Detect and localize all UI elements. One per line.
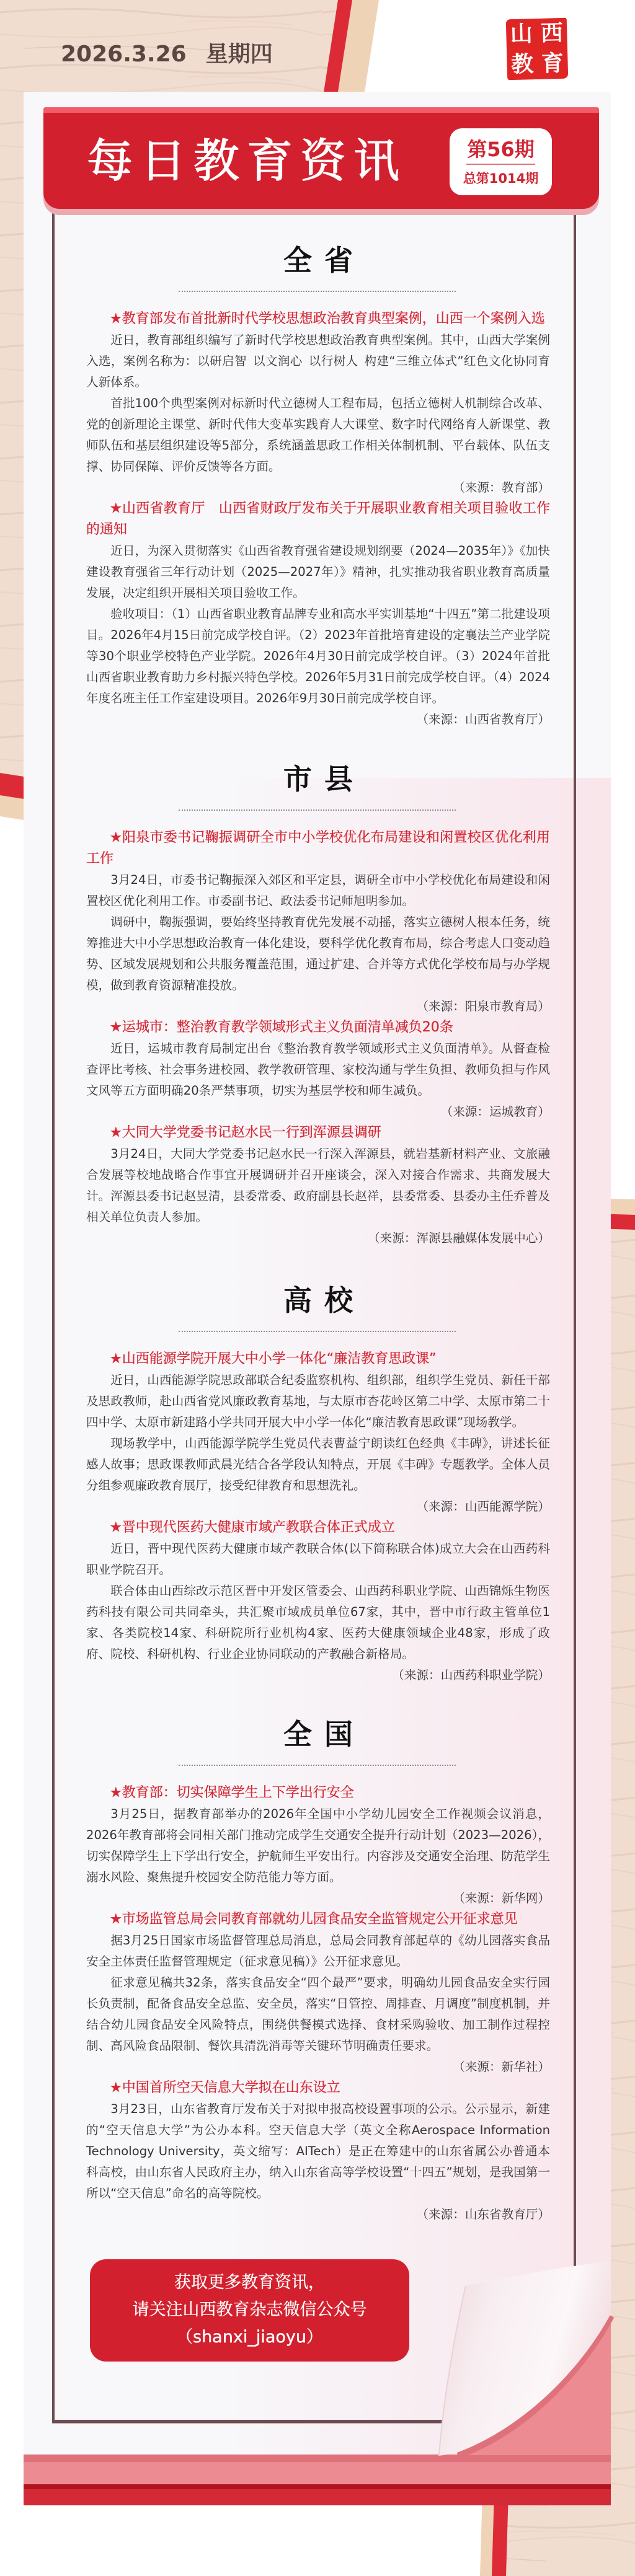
article-title-text: 山西省教育厅 山西省财政厅发布关于开展职业教育相关项目验收工作的通知 bbox=[86, 501, 550, 537]
masthead-banner: 每日教育资讯 第56期 总第1014期 bbox=[43, 107, 599, 209]
dotted-divider bbox=[179, 809, 456, 811]
masthead-title: 每日教育资讯 bbox=[87, 138, 407, 184]
cta-line: 获取更多教育资讯， bbox=[90, 2269, 409, 2296]
section-heading: 市县 bbox=[86, 764, 550, 795]
article-source: （来源：山西药科职业学院） bbox=[86, 1665, 550, 1686]
article-title: ★阳泉市委书记鞠振调研全市中小学校优化布局建设和闲置校区优化利用工作 bbox=[86, 827, 550, 870]
article: ★市场监管总局会同教育部就幼儿园食品安全监管规定公开征求意见 据3月25日国家市… bbox=[86, 1909, 550, 2078]
article-paragraph: 联合体由山西综改示范区晋中开发区管委会、山西药科职业学院、山西锦烁生物医药科技有… bbox=[86, 1581, 550, 1665]
article: ★教育部：切实保障学生上下学出行安全 3月25日，据教育部举办的2026年全国中… bbox=[86, 1783, 550, 1909]
issue-date: 2026.3.26星期四 bbox=[61, 43, 273, 66]
dotted-divider bbox=[179, 1331, 456, 1332]
article: ★运城市：整治教育教学领域形式主义负面清单减负20条 近日，运城市教育局制定出台… bbox=[86, 1017, 550, 1123]
article-title-text: 运城市：整治教育教学领域形式主义负面清单减负20条 bbox=[122, 1020, 453, 1035]
masthead-highlight-strip bbox=[43, 107, 599, 113]
article-paragraph: 近日，为深入贯彻落实《山西省教育强省建设规划纲要（2024—2035年）》《加快… bbox=[86, 540, 550, 604]
article-title-text: 教育部发布首批新时代学校思想政治教育典型案例，山西一个案例入选 bbox=[122, 311, 545, 327]
section-province: 全省 ★教育部发布首批新时代学校思想政治教育典型案例，山西一个案例入选 近日，教… bbox=[86, 245, 550, 730]
article-list: ★教育部发布首批新时代学校思想政治教育典型案例，山西一个案例入选 近日，教育部组… bbox=[86, 309, 550, 730]
article-paragraph: 3月25日，据教育部举办的2026年全国中小学幼儿园安全工作视频会议消息，202… bbox=[86, 1804, 550, 1888]
article-paragraph: 近日，教育部组织编写了新时代学校思想政治教育典型案例。其中，山西大学案例入选，案… bbox=[86, 330, 550, 393]
article-title-text: 阳泉市委书记鞠振调研全市中小学校优化布局建设和闲置校区优化利用工作 bbox=[86, 830, 550, 867]
cta-line: （shanxi_jiaoyu） bbox=[90, 2324, 409, 2351]
article-title: ★教育部：切实保障学生上下学出行安全 bbox=[86, 1783, 550, 1804]
article-source: （来源：阳泉市教育局） bbox=[86, 996, 550, 1017]
article-source: （来源：新华社） bbox=[86, 2057, 550, 2078]
article-paragraph: 近日，晋中现代医药大健康市域产教联合体(以下简称联合体)成立大会在山西药科职业学… bbox=[86, 1538, 550, 1581]
section-heading: 全省 bbox=[86, 245, 550, 276]
article-title-text: 中国首所空天信息大学拟在山东设立 bbox=[122, 2080, 340, 2096]
star-bullet-icon: ★ bbox=[110, 830, 122, 845]
dotted-divider bbox=[179, 291, 456, 292]
article-source: （来源：山西省教育厅） bbox=[86, 709, 550, 730]
seal-char: 西 bbox=[536, 18, 567, 49]
cta-line: 请关注山西教育杂志微信公众号 bbox=[90, 2296, 409, 2324]
article-paragraph: 征求意见稿共32条，落实食品安全“四个最严”要求，明确幼儿园食品安全实行园长负责… bbox=[86, 1972, 550, 2057]
article: ★大同大学党委书记赵水民一行到浑源县调研 3月24日，大同大学党委书记赵水民一行… bbox=[86, 1123, 550, 1249]
article-paragraph: 首批100个典型案例对标新时代立德树人工程布局，包括立德树人机制综合改革、党的创… bbox=[86, 393, 550, 477]
article: ★山西能源学院开展大中小学一体化“廉洁教育思政课” 近日，山西能源学院思政部联合… bbox=[86, 1349, 550, 1517]
article-title: ★中国首所空天信息大学拟在山东设立 bbox=[86, 2078, 550, 2099]
article: ★山西省教育厅 山西省财政厅发布关于开展职业教育相关项目验收工作的通知 近日，为… bbox=[86, 498, 550, 730]
article-paragraph: 验收项目：（1）山西省职业教育品牌专业和高水平实训基地“十四五”第二批建设项目。… bbox=[86, 604, 550, 709]
total-issue-number: 总第1014期 bbox=[450, 170, 552, 187]
article: ★晋中现代医药大健康市域产教联合体正式成立 近日，晋中现代医药大健康市域产教联合… bbox=[86, 1517, 550, 1686]
star-bullet-icon: ★ bbox=[110, 1785, 122, 1801]
article: ★中国首所空天信息大学拟在山东设立 3月23日，山东省教育厅发布关于对拟申报高校… bbox=[86, 2078, 550, 2225]
article-source: （来源：浑源县融媒体发展中心） bbox=[86, 1228, 550, 1249]
dotted-divider bbox=[179, 1765, 456, 1766]
article-title: ★晋中现代医药大健康市域产教联合体正式成立 bbox=[86, 1517, 550, 1538]
star-bullet-icon: ★ bbox=[110, 1912, 122, 1927]
article-paragraph: 调研中，鞠振强调，要始终坚持教育优先发展不动摇，落实立德树人根本任务，统筹推进大… bbox=[86, 912, 550, 996]
article-title: ★运城市：整治教育教学领域形式主义负面清单减负20条 bbox=[86, 1017, 550, 1038]
article-paragraph: 3月24日，市委书记鞠振深入郊区和平定县，调研全市中小学校优化布局建设和闲置校区… bbox=[86, 870, 550, 912]
article-paragraph: 3月24日，大同大学党委书记赵水民一行深入浑源县，就岩基新材料产业、文旅融合发展… bbox=[86, 1144, 550, 1228]
section-heading: 全国 bbox=[86, 1719, 550, 1750]
article-title-text: 大同大学党委书记赵水民一行到浑源县调研 bbox=[122, 1125, 381, 1140]
article-source: （来源：山西能源学院） bbox=[86, 1496, 550, 1517]
star-bullet-icon: ★ bbox=[110, 2080, 122, 2096]
date-text: 2026.3.26 bbox=[61, 42, 187, 67]
section-universities: 高校 ★山西能源学院开展大中小学一体化“廉洁教育思政课” 近日，山西能源学院思政… bbox=[86, 1285, 550, 1686]
seal-char: 教 bbox=[507, 49, 538, 80]
article-title: ★山西省教育厅 山西省财政厅发布关于开展职业教育相关项目验收工作的通知 bbox=[86, 498, 550, 540]
article-paragraph: 近日，山西能源学院思政部联合纪委监察机构、组织部，组织学生党员、新任干部及思政教… bbox=[86, 1370, 550, 1433]
issue-number: 第56期 bbox=[450, 137, 552, 162]
article-list: ★阳泉市委书记鞠振调研全市中小学校优化布局建设和闲置校区优化利用工作 3月24日… bbox=[86, 827, 550, 1249]
seal-char: 山 bbox=[506, 19, 537, 50]
article-list: ★教育部：切实保障学生上下学出行安全 3月25日，据教育部举办的2026年全国中… bbox=[86, 1783, 550, 2225]
article-title-text: 市场监管总局会同教育部就幼儿园食品安全监管规定公开征求意见 bbox=[122, 1912, 518, 1927]
article-title: ★教育部发布首批新时代学校思想政治教育典型案例，山西一个案例入选 bbox=[86, 309, 550, 330]
weekday-text: 星期四 bbox=[206, 42, 273, 67]
article: ★阳泉市委书记鞠振调研全市中小学校优化布局建设和闲置校区优化利用工作 3月24日… bbox=[86, 827, 550, 1017]
article-paragraph: 近日，运城市教育局制定出台《整治教育教学领域形式主义负面清单》。从督查检查评比考… bbox=[86, 1038, 550, 1101]
issue-badge: 第56期 总第1014期 bbox=[450, 128, 552, 195]
article-list: ★山西能源学院开展大中小学一体化“廉洁教育思政课” 近日，山西能源学院思政部联合… bbox=[86, 1349, 550, 1686]
article-paragraph: 据3月25日国家市场监督管理总局消息，总局会同教育部起草的《幼儿园落实食品安全主… bbox=[86, 1930, 550, 1972]
shanxi-education-seal-logo: 山 西 教 育 bbox=[506, 18, 569, 81]
article-source: （来源：教育部） bbox=[86, 477, 550, 498]
section-city-county: 市县 ★阳泉市委书记鞠振调研全市中小学校优化布局建设和闲置校区优化利用工作 3月… bbox=[86, 764, 550, 1249]
article-title: ★山西能源学院开展大中小学一体化“廉洁教育思政课” bbox=[86, 1349, 550, 1370]
badge-divider bbox=[466, 164, 535, 165]
article-title-text: 教育部：切实保障学生上下学出行安全 bbox=[122, 1785, 354, 1801]
article-source: （来源：山东省教育厅） bbox=[86, 2204, 550, 2225]
star-bullet-icon: ★ bbox=[110, 1125, 122, 1140]
article-paragraph: 3月23日，山东省教育厅发布关于对拟申报高校设置事项的公示。公示显示，新建的“空… bbox=[86, 2099, 550, 2204]
frame-right-line bbox=[574, 205, 576, 2286]
frame-left-line bbox=[52, 205, 55, 2423]
star-bullet-icon: ★ bbox=[110, 501, 122, 516]
section-national: 全国 ★教育部：切实保障学生上下学出行安全 3月25日，据教育部举办的2026年… bbox=[86, 1719, 550, 2225]
seal-char: 育 bbox=[537, 48, 568, 79]
article-title-text: 晋中现代医药大健康市域产教联合体正式成立 bbox=[122, 1520, 395, 1535]
follow-wechat-cta: 获取更多教育资讯， 请关注山西教育杂志微信公众号 （shanxi_jiaoyu） bbox=[90, 2259, 409, 2362]
article-title-text: 山西能源学院开展大中小学一体化“廉洁教育思政课” bbox=[122, 1351, 437, 1367]
section-heading: 高校 bbox=[86, 1285, 550, 1316]
star-bullet-icon: ★ bbox=[110, 1520, 122, 1535]
star-bullet-icon: ★ bbox=[110, 1351, 122, 1367]
frame-bottom-line bbox=[52, 2420, 453, 2423]
star-bullet-icon: ★ bbox=[110, 1020, 122, 1035]
article-title: ★市场监管总局会同教育部就幼儿园食品安全监管规定公开征求意见 bbox=[86, 1909, 550, 1930]
article-paragraph: 现场教学中，山西能源学院学生党员代表曹益宁朗读红色经典《丰碑》，讲述长征感人故事… bbox=[86, 1433, 550, 1496]
article: ★教育部发布首批新时代学校思想政治教育典型案例，山西一个案例入选 近日，教育部组… bbox=[86, 309, 550, 498]
article-source: （来源：新华网） bbox=[86, 1888, 550, 1909]
article-source: （来源：运城教育） bbox=[86, 1101, 550, 1123]
article-title: ★大同大学党委书记赵水民一行到浑源县调研 bbox=[86, 1123, 550, 1144]
star-bullet-icon: ★ bbox=[110, 311, 122, 327]
